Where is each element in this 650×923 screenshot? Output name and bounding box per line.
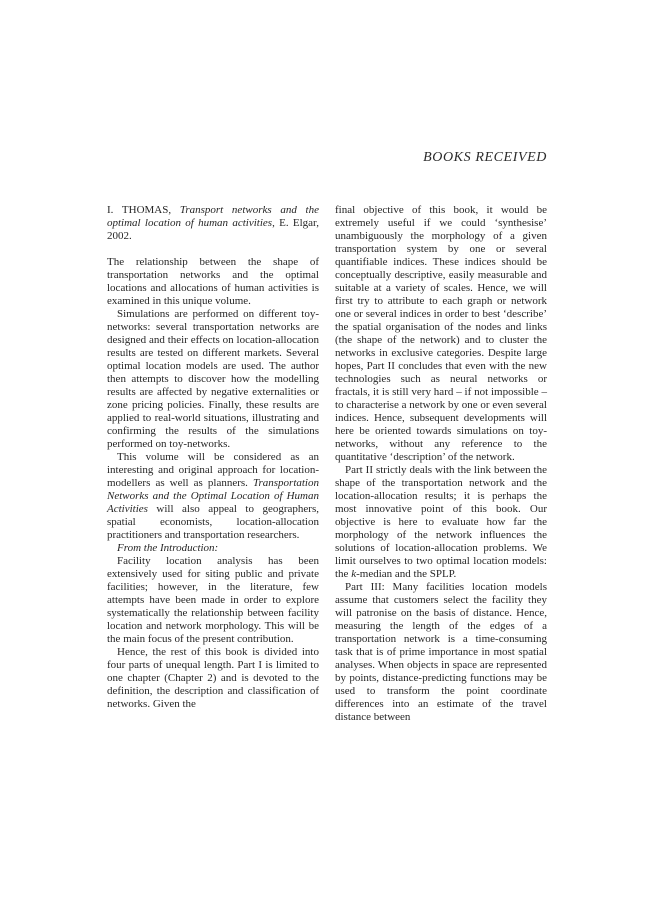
page-title: BOOKS RECEIVED [423,150,547,165]
text-run: I. THOMAS, [107,204,180,216]
italic-text-run: From the Introduction: [117,542,218,554]
text-columns: I. THOMAS, Transport networks and the op… [107,204,548,724]
text-run: -median and the SPLP. [356,568,456,580]
text-run: final objective of this book, it would b… [335,204,547,463]
paragraph: This volume will be considered as an int… [107,451,319,542]
page-header: BOOKS RECEIVED [107,148,547,166]
paragraph: From the Introduction: [107,542,319,555]
text-run: Part II strictly deals with the link bet… [335,464,547,580]
paragraph: final objective of this book, it would b… [335,204,547,464]
left-column: I. THOMAS, Transport networks and the op… [107,204,319,724]
paragraph: Facility location analysis has been exte… [107,555,319,646]
paragraph: Hence, the rest of this book is divided … [107,646,319,711]
paragraph: The relationship between the shape of tr… [107,256,319,308]
text-run: The relationship between the shape of tr… [107,256,319,307]
paragraph: I. THOMAS, Transport networks and the op… [107,204,319,243]
paragraph: Part III: Many facilities location model… [335,581,547,724]
text-run: Facility location analysis has been exte… [107,555,319,645]
paragraph: Simulations are performed on different t… [107,308,319,451]
right-column: final objective of this book, it would b… [335,204,547,724]
text-run: Part III: Many facilities location model… [335,581,547,723]
paragraph: Part II strictly deals with the link bet… [335,464,547,581]
journal-page: BOOKS RECEIVED I. THOMAS, Transport netw… [0,0,650,923]
text-run: Simulations are performed on different t… [107,308,319,450]
text-run: Hence, the rest of this book is divided … [107,646,319,710]
